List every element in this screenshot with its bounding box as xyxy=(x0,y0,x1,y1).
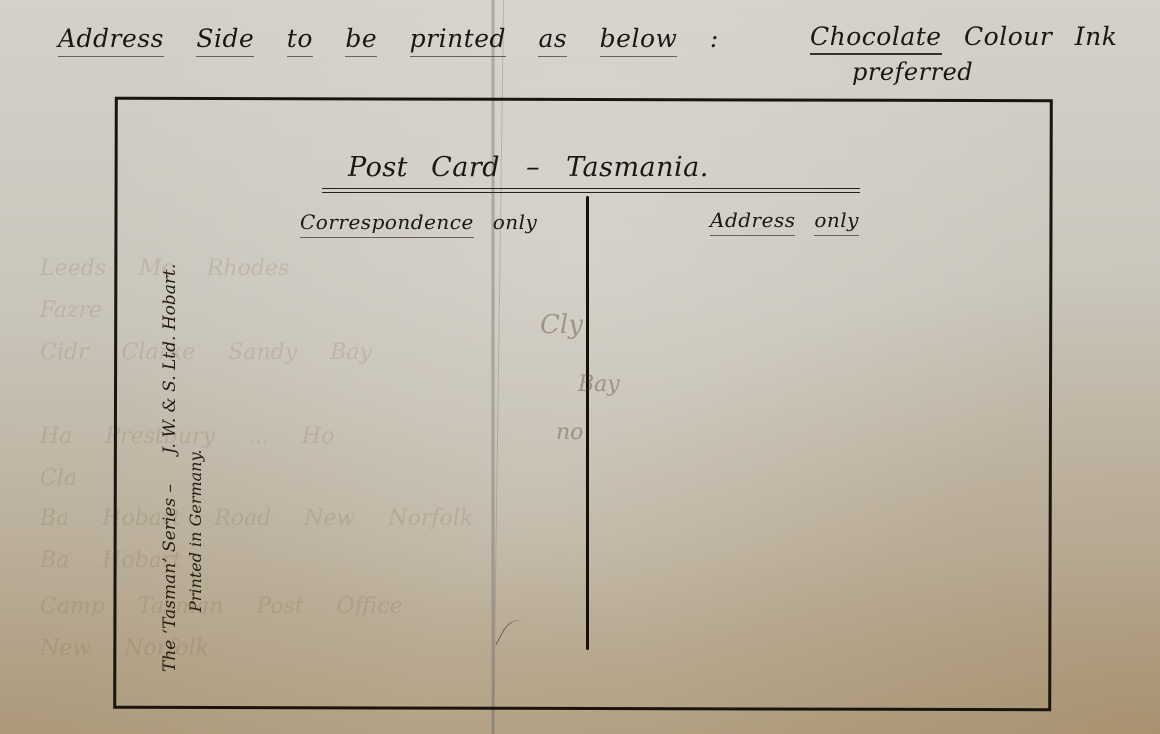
address-column-label: Address only xyxy=(710,208,859,232)
instruction-colon: : xyxy=(710,24,719,53)
faint-mark: no xyxy=(556,420,583,445)
address-word: Address xyxy=(710,208,795,236)
publisher-name: J. W. & S. Ltd. Hobart. xyxy=(160,264,180,454)
publisher-side-imprint: The ‘Tasman’ Series –J. W. & S. Ltd. Hob… xyxy=(160,264,205,672)
postcard-title: Post Card–Tasmania. xyxy=(348,152,709,183)
address-only-word: only xyxy=(814,208,859,236)
postcard-title-left: Post Card xyxy=(348,152,500,183)
postcard-title-right: Tasmania. xyxy=(566,152,709,183)
address-side-instruction: Address Side to be printed as below : xyxy=(58,24,733,53)
printed-in-germany: Printed in Germany. xyxy=(186,264,205,612)
ink-colour-note: Chocolate Colour Ink xyxy=(810,22,1117,51)
instruction-word: below xyxy=(600,24,678,57)
instruction-word: be xyxy=(345,24,377,57)
series-name: The ‘Tasman’ Series – xyxy=(160,484,180,672)
correspondence-word: Correspondence xyxy=(300,210,474,238)
title-double-rule-bottom xyxy=(322,192,860,193)
title-double-rule-top xyxy=(322,188,860,189)
postcard-title-separator: – xyxy=(526,152,540,183)
ink-note-word: Colour xyxy=(964,22,1052,51)
faint-mark: Bay xyxy=(578,372,620,397)
ink-note-preferred: preferred xyxy=(852,58,973,86)
instruction-word: as xyxy=(538,24,567,57)
ink-note-word-chocolate: Chocolate xyxy=(810,22,942,55)
ink-note-word: Ink xyxy=(1075,22,1118,51)
correspondence-column-label: Correspondence only xyxy=(300,210,537,234)
instruction-word: Side xyxy=(196,24,254,57)
faint-mark: Cly xyxy=(540,310,583,340)
postcard-center-divider xyxy=(586,196,589,650)
instruction-word: printed xyxy=(410,24,506,57)
bleed-text-line: Cla xyxy=(40,466,77,491)
instruction-word: to xyxy=(287,24,313,57)
instruction-word: Address xyxy=(58,24,164,57)
correspondence-only-word: only xyxy=(493,210,538,234)
bleed-text-line: Fazre xyxy=(40,298,102,323)
